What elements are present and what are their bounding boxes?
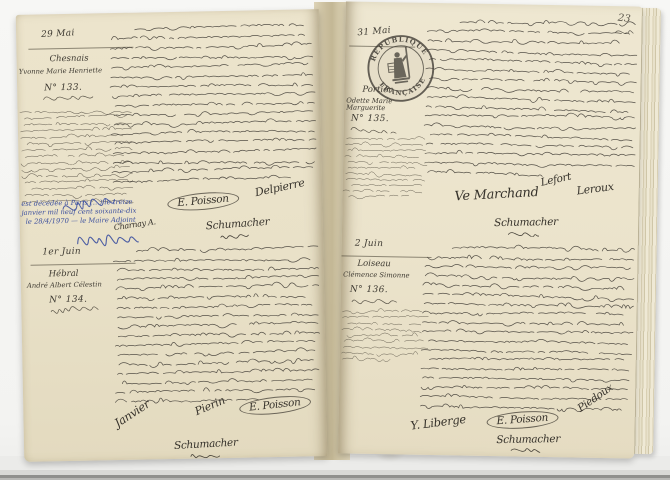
act-number-flourish xyxy=(41,93,93,103)
margin-firstnames: Odette Marie Marguerite xyxy=(346,97,432,113)
margin-surname: Portier xyxy=(362,86,392,95)
marginal-note-handwriting xyxy=(340,307,429,366)
signature-officiant: Schumacher xyxy=(496,433,560,446)
signature-declarant: Ve Marchand xyxy=(454,185,539,204)
register-right-page: 23 31 Mai RÉPUBLIQUE FRANÇAI xyxy=(338,1,642,458)
act-body-handwriting xyxy=(423,15,638,182)
act-entry-136: 2 Juin Loiseau Clémence Simonne N° 136. … xyxy=(346,1,642,6)
margin-surname: Loiseau xyxy=(357,260,391,270)
margin-surname: Hébral xyxy=(49,270,79,279)
margin-date: 1er Juin xyxy=(42,248,81,258)
signature-paraph xyxy=(508,446,540,454)
signature-witness: Leroux xyxy=(576,180,614,197)
margin-firstnames: Clémence Simonne xyxy=(343,271,410,279)
margin-surname: Chesnais xyxy=(50,55,89,65)
signature-paraph xyxy=(216,231,252,240)
act-number: N° 134. xyxy=(49,296,87,306)
margin-rule xyxy=(342,255,432,258)
signature-paraph xyxy=(186,451,220,459)
signature-officiant: Schumacher xyxy=(205,216,269,233)
act-body-handwriting xyxy=(112,241,321,409)
act-entry-133: 29 Mai Chesnais Yvonne Marie Henriette N… xyxy=(16,9,319,15)
signature-witness: Y. Liberge xyxy=(410,412,467,433)
act-entry-135: 31 Mai RÉPUBLIQUE FRANÇAISE xyxy=(346,1,642,6)
register-left-page: 29 Mai Chesnais Yvonne Marie Henriette N… xyxy=(16,9,328,462)
act-number: N° 136. xyxy=(350,286,388,296)
register-scan: 29 Mai Chesnais Yvonne Marie Henriette N… xyxy=(0,0,670,480)
act-body-handwriting xyxy=(108,19,317,188)
signature-poisson: E. Poisson xyxy=(167,190,240,213)
act-entry-134: 1er Juin Hébral André Albert Célestin N°… xyxy=(16,9,319,15)
act-number-flourish xyxy=(347,296,397,306)
marginal-note-handwriting xyxy=(342,134,427,203)
margin-date: 2 Juin xyxy=(355,240,384,250)
act-number-flourish xyxy=(46,305,98,315)
act-number: N° 135. xyxy=(351,115,389,125)
act-number-flourish xyxy=(349,125,397,134)
signature-officiant: Schumacher xyxy=(494,216,558,229)
margin-date: 29 Mai xyxy=(41,29,75,40)
act-number: N° 133. xyxy=(44,84,82,94)
margin-firstnames: André Albert Célestin xyxy=(27,281,102,290)
margin-firstnames: Yvonne Marie Henriette xyxy=(19,67,102,76)
signature-paraph xyxy=(505,229,539,237)
signature-officiant: Schumacher xyxy=(174,437,238,452)
